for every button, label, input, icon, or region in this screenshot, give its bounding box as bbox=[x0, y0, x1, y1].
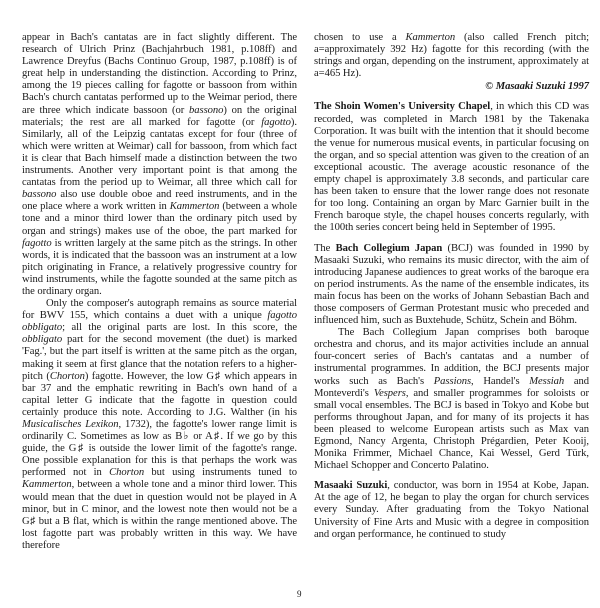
italic-text: Passions bbox=[434, 376, 471, 387]
bold-text: Bach Collegium Japan bbox=[336, 243, 443, 254]
italic-text: bassono bbox=[189, 105, 223, 116]
bold-text: The Shoin Women's University Chapel bbox=[314, 101, 490, 112]
italic-text: obbligato bbox=[22, 334, 62, 345]
paragraph: Masaaki Suzuki, conductor, was born in 1… bbox=[314, 480, 589, 540]
text-run: The bbox=[314, 243, 336, 254]
left-column: appear in Bach's cantatas are in fact sl… bbox=[22, 32, 297, 552]
page-number: 9 bbox=[297, 589, 302, 599]
italic-text: Vespers bbox=[374, 388, 406, 399]
text-run: ; all the original parts are lost. In th… bbox=[62, 322, 297, 333]
text-run: , in which this CD was recorded, was com… bbox=[314, 101, 589, 233]
text-run: Only the composer's autograph remains as… bbox=[22, 298, 297, 321]
right-column: chosen to use a Kammerton (also called F… bbox=[314, 32, 589, 541]
text-run: © Masaaki Suzuki 1997 bbox=[485, 81, 589, 92]
paragraph: The Bach Collegium Japan comprises both … bbox=[314, 327, 589, 472]
text-run: but using instruments tuned to bbox=[144, 467, 297, 478]
text-run: , Handel's bbox=[471, 376, 529, 387]
text-run: chosen to use a bbox=[314, 32, 406, 43]
paragraph: The Shoin Women's University Chapel, in … bbox=[314, 101, 589, 234]
italic-text: fagotto bbox=[261, 117, 291, 128]
paragraph: Only the composer's autograph remains as… bbox=[22, 298, 297, 552]
paragraph: appear in Bach's cantatas are in fact sl… bbox=[22, 32, 297, 298]
paragraph: The Bach Collegium Japan (BCJ) was found… bbox=[314, 243, 589, 328]
italic-text: bassono bbox=[22, 189, 56, 200]
italic-text: Kammerton bbox=[22, 479, 72, 490]
italic-text: Kammerton bbox=[170, 201, 220, 212]
document-page: appear in Bach's cantatas are in fact sl… bbox=[0, 0, 600, 608]
text-run: , and smaller programmes for soloists or… bbox=[314, 388, 589, 472]
text-run: appear in Bach's cantatas are in fact sl… bbox=[22, 32, 297, 116]
signature: © Masaaki Suzuki 1997 bbox=[314, 81, 589, 93]
italic-text: fagotto bbox=[22, 238, 52, 249]
text-run: is written largely at the same pitch as … bbox=[22, 238, 297, 297]
text-run: (BCJ) was founded in 1990 by Masaaki Suz… bbox=[314, 243, 589, 327]
italic-text: Chorton bbox=[50, 371, 85, 382]
paragraph: chosen to use a Kammerton (also called F… bbox=[314, 32, 589, 80]
italic-text: Musicalisches Lexikon bbox=[22, 419, 118, 430]
italic-text: Messiah bbox=[529, 376, 564, 387]
italic-text: Kammerton bbox=[406, 32, 456, 43]
italic-text: Chorton bbox=[109, 467, 144, 478]
bold-text: Masaaki Suzuki bbox=[314, 480, 387, 491]
